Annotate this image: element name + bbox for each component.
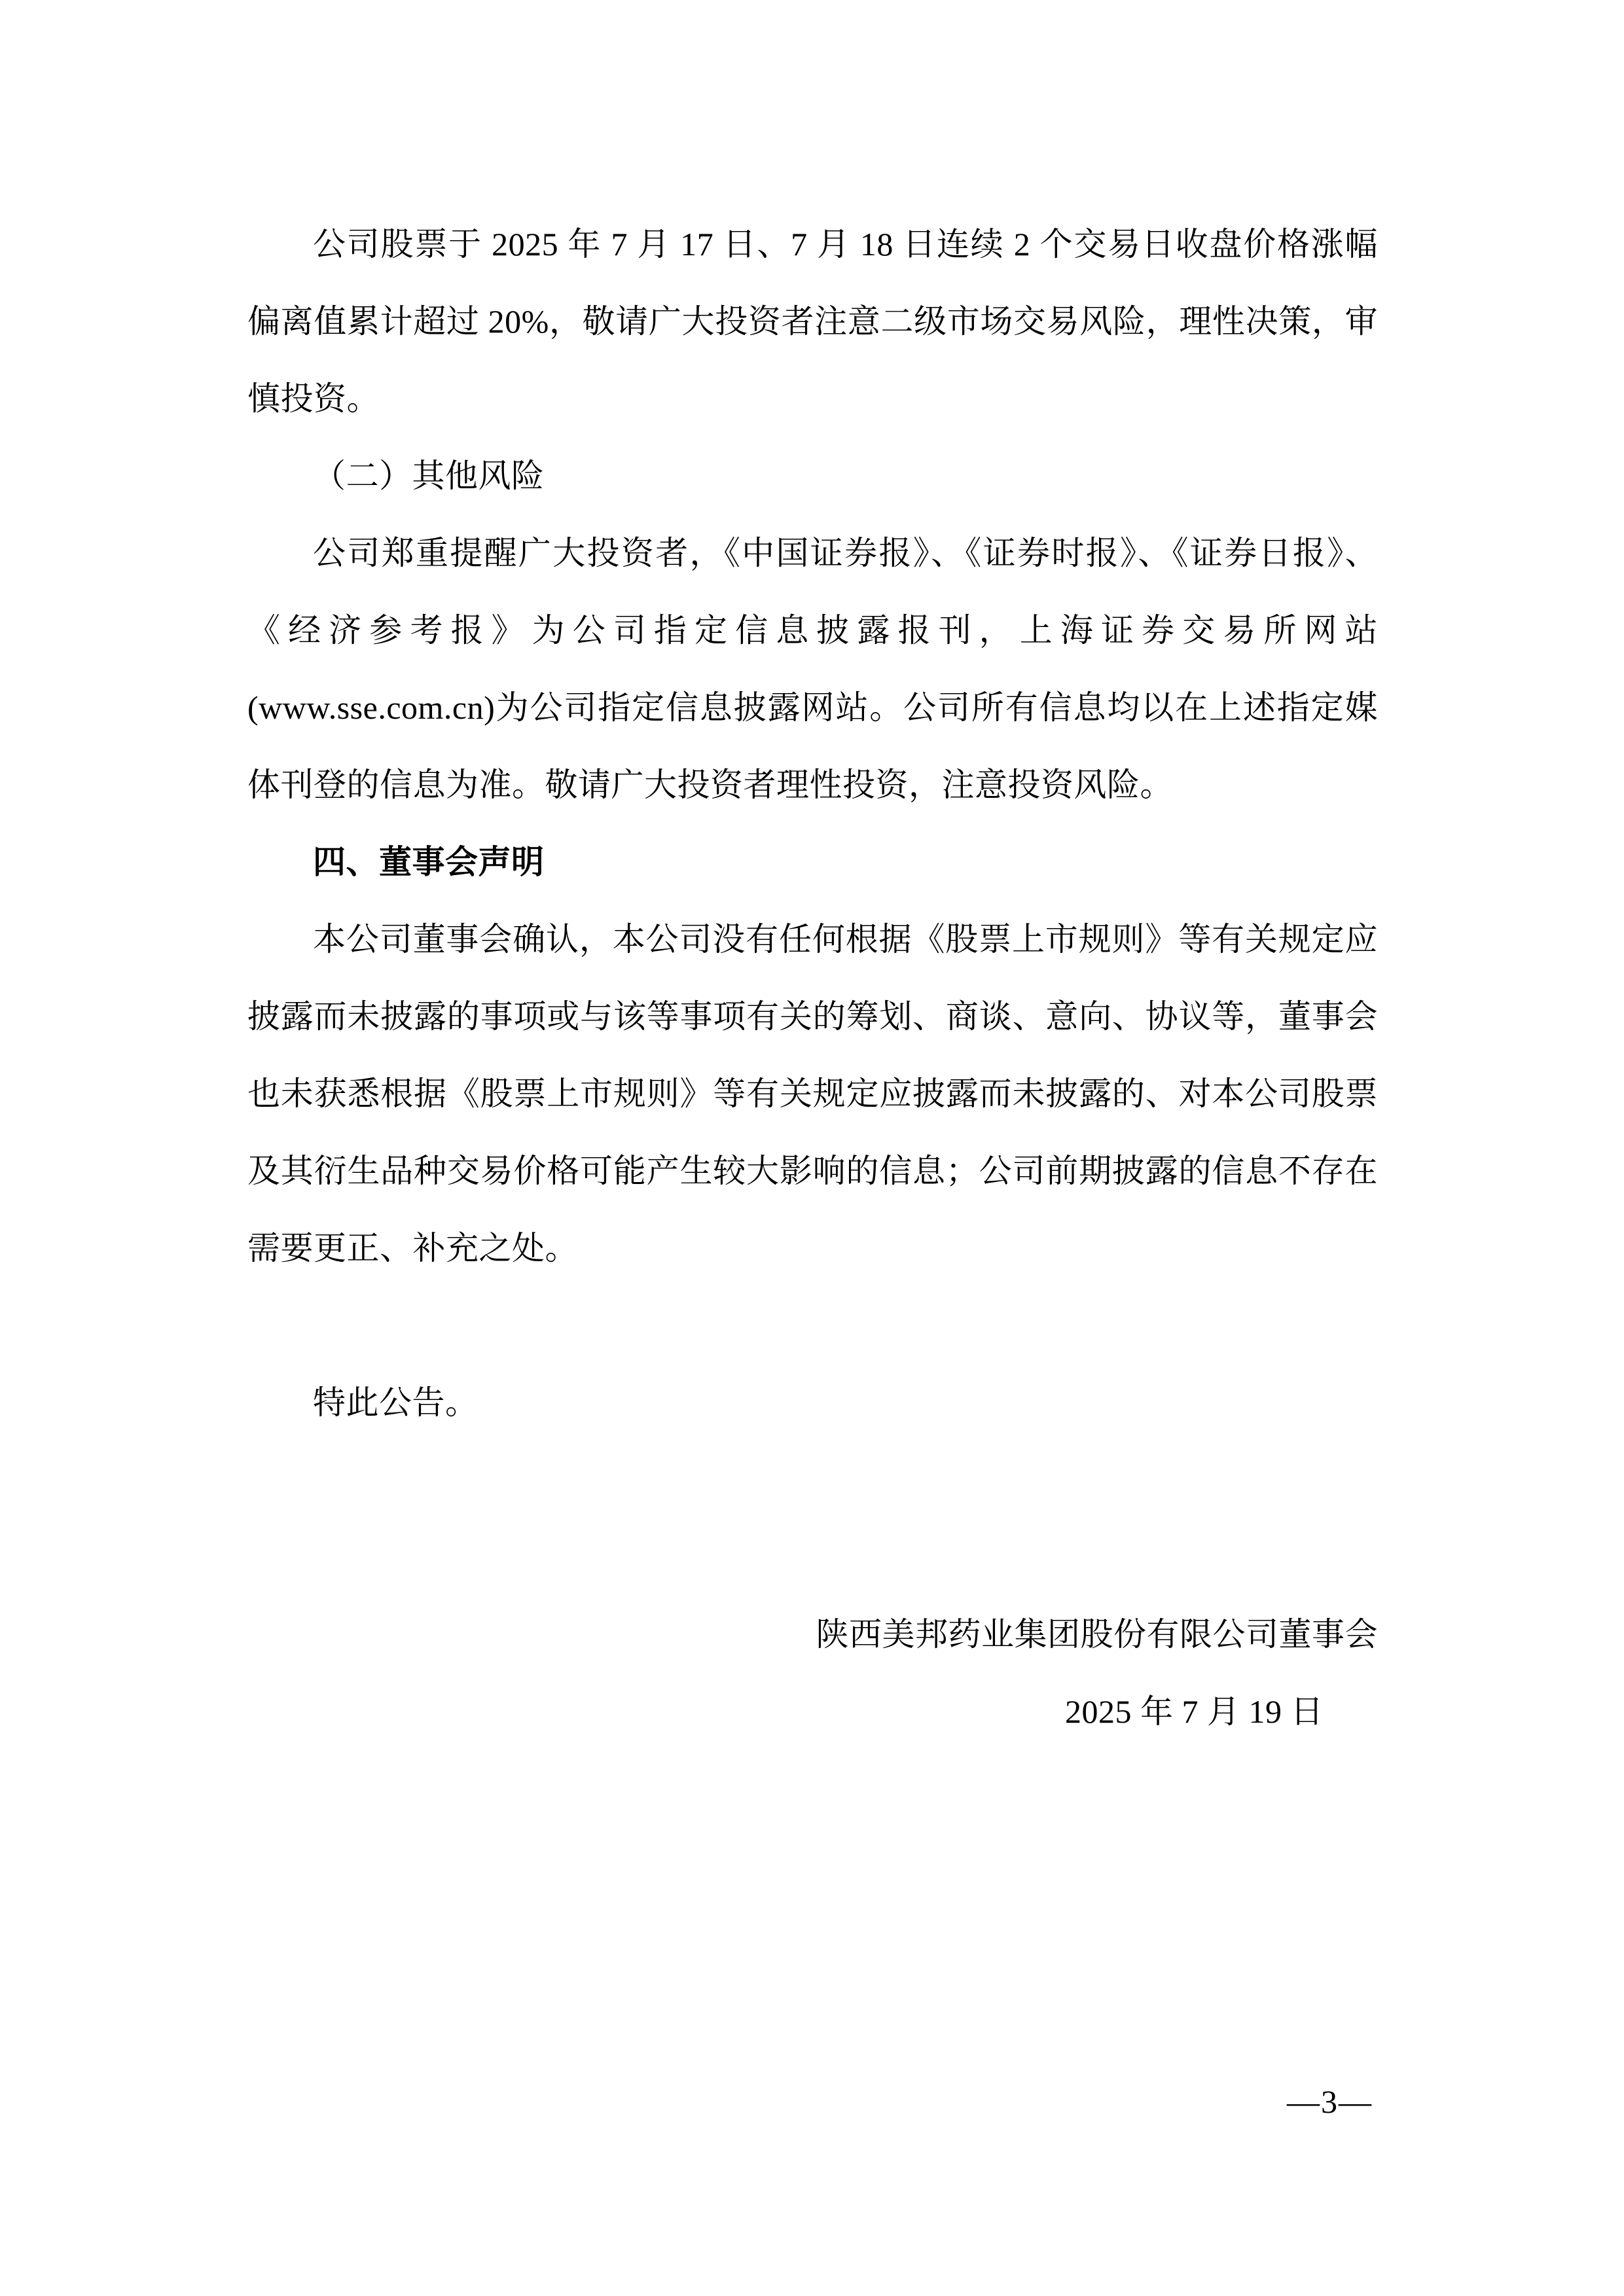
signature-company-name: 陕西美邦药业集团股份有限公司董事会 xyxy=(247,1596,1378,1673)
paragraph-trading-risk: 公司股票于 2025 年 7 月 17 日、7 月 18 日连续 2 个交易日收… xyxy=(247,206,1378,437)
blank-line xyxy=(247,1287,1378,1364)
paragraph-designated-media: 公司郑重提醒广大投资者，《中国证券报》、《证券时报》、《证券日报》、《经济参考报… xyxy=(247,514,1378,823)
heading-board-statement: 四、董事会声明 xyxy=(247,823,1378,901)
heading-other-risk: （二）其他风险 xyxy=(247,437,1378,514)
announcement-page: 公司股票于 2025 年 7 月 17 日、7 月 18 日连续 2 个交易日收… xyxy=(0,0,1624,2296)
paragraph-hereby-announced: 特此公告。 xyxy=(247,1364,1378,1441)
blank-lines xyxy=(247,1441,1378,1596)
page-body-text: 公司股票于 2025 年 7 月 17 日、7 月 18 日连续 2 个交易日收… xyxy=(247,206,1378,1750)
paragraph-board-confirmation: 本公司董事会确认，本公司没有任何根据《股票上市规则》等有关规定应披露而未披露的事… xyxy=(247,901,1378,1287)
page-number: —3— xyxy=(1287,2083,1373,2121)
document-page: { "page": { "colors": { "text": "#000000… xyxy=(0,0,1624,2296)
signature-date: 2025 年 7 月 19 日 xyxy=(247,1673,1378,1750)
signature-block: 陕西美邦药业集团股份有限公司董事会 2025 年 7 月 19 日 xyxy=(247,1596,1378,1750)
